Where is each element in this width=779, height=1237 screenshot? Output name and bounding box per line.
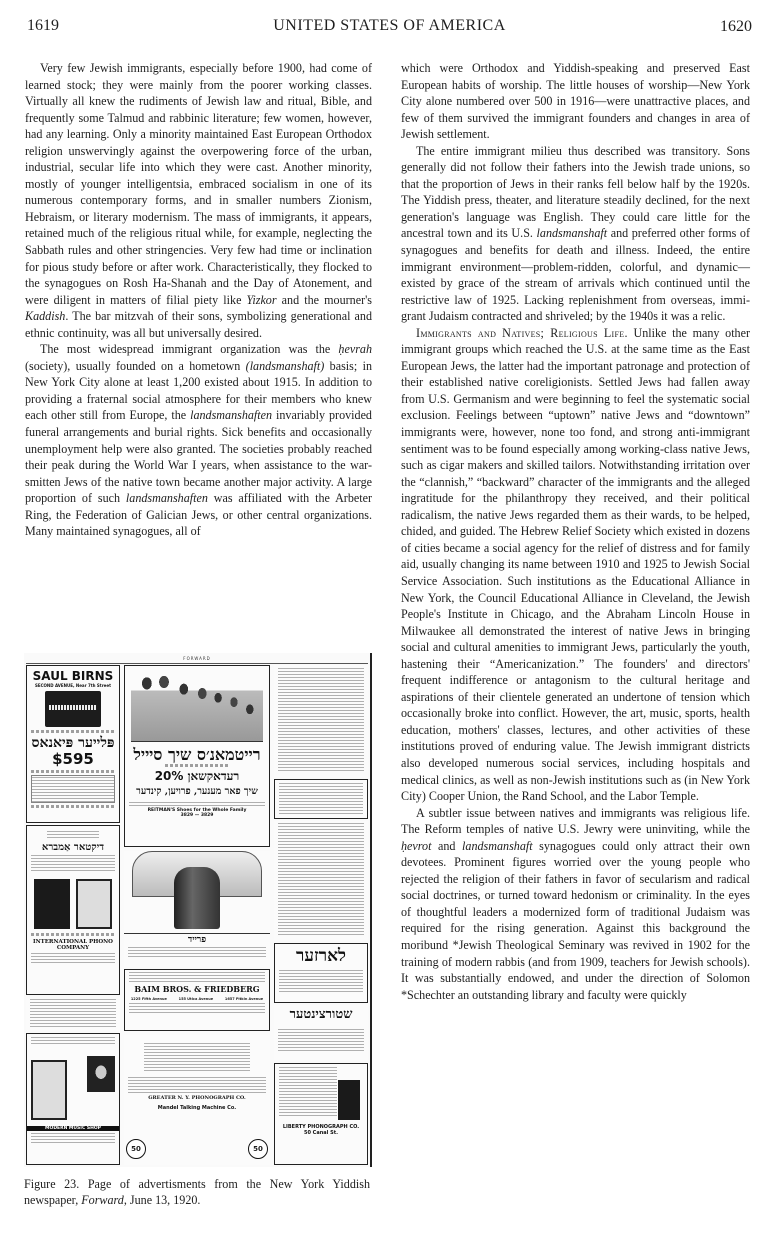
- paragraph: Very few Jewish immigrants, especially b…: [25, 60, 372, 341]
- right-column: which were Orthodox and Yiddish-speaking…: [401, 60, 750, 1003]
- newspaper-masthead: FORWARD: [26, 655, 368, 664]
- phonograph-cabinet-dark: [34, 879, 70, 929]
- newspaper-advertisement-image: FORWARD SAUL BIRNS SECOND AVENUE, Near 7…: [24, 653, 372, 1167]
- ad-saul-birns: SAUL BIRNS SECOND AVENUE, Near 7th Stree…: [26, 665, 120, 823]
- ad-text-block: [274, 779, 368, 819]
- page-header: 1619 UNITED STATES OF AMERICA 1620: [27, 17, 752, 39]
- paragraph: A subtler issue between natives and immi…: [401, 805, 750, 1004]
- ad-modern-music-shop: MODERN MUSIC SHOP: [26, 1033, 120, 1165]
- left-column: Very few Jewish immigrants, especially b…: [25, 60, 372, 540]
- phonograph-cabinet-light: [76, 879, 112, 929]
- portrait-photo: [87, 1056, 115, 1092]
- ad-text-block: [274, 821, 368, 941]
- ad-victor-phonograph: דיקטאר אַמברא INTERNATIONAL PHONO COMPAN…: [26, 825, 120, 995]
- ad-text-block: [274, 665, 368, 777]
- newspaper-left-column: SAUL BIRNS SECOND AVENUE, Near 7th Stree…: [26, 665, 120, 1165]
- fifty-cent-badge: 50: [248, 1139, 268, 1159]
- family-illustration: [131, 669, 263, 742]
- newspaper-right-column: לארזער שטורצינטער LIBERTY PHONOGRAPH CO.…: [274, 665, 368, 1165]
- figure-caption: Figure 23. Page of advertisments from th…: [24, 1177, 370, 1208]
- ad-reitmans-shoes: רייטמאנ׳ס שיך סײיל 20% רעדאקשאן שיך פאר …: [124, 665, 270, 847]
- paragraph: The most widespread immigrant organizati…: [25, 341, 372, 540]
- running-title: UNITED STATES OF AMERICA: [27, 17, 752, 35]
- phonograph-illustration: [174, 867, 220, 929]
- section-heading: Immigrants and Natives; Religious Life.: [416, 326, 628, 340]
- paragraph: which were Orthodox and Yiddish-speaking…: [401, 60, 750, 143]
- fifty-cent-badge: 50: [126, 1139, 146, 1159]
- newspaper-middle-column: רייטמאנ׳ס שיך סײיל 20% רעדאקשאן שיך פאר …: [124, 665, 270, 1165]
- ad-phonograph-illustration: פרײד: [124, 851, 270, 967]
- page-number-right: 1620: [720, 18, 752, 36]
- ad-headline: פרײד: [124, 933, 270, 945]
- ad-greater-ny-phonograph: GREATER N. Y. PHONOGRAPH CO. Mandel Talk…: [124, 1035, 270, 1165]
- phonograph-cabinet: [31, 1060, 67, 1120]
- paragraph: Immigrants and Natives; Religious Life. …: [401, 325, 750, 805]
- ad-baim-bros: BAIM BROS. & FRIEDBERG 1225 Fifth Avenue…: [124, 969, 270, 1031]
- ad-small-text: [26, 997, 120, 1031]
- figure-23: FORWARD SAUL BIRNS SECOND AVENUE, Near 7…: [24, 653, 372, 1208]
- paragraph: The entire immigrant milieu thus describ…: [401, 143, 750, 325]
- ad-text-block: שטורצינטער: [274, 1005, 368, 1061]
- piano-illustration: [45, 691, 101, 727]
- ad-liberty-phonograph: LIBERTY PHONOGRAPH CO. 50 Canal St.: [274, 1063, 368, 1165]
- ad-radio: לארזער: [274, 943, 368, 1003]
- phonograph-cabinet: [338, 1080, 360, 1120]
